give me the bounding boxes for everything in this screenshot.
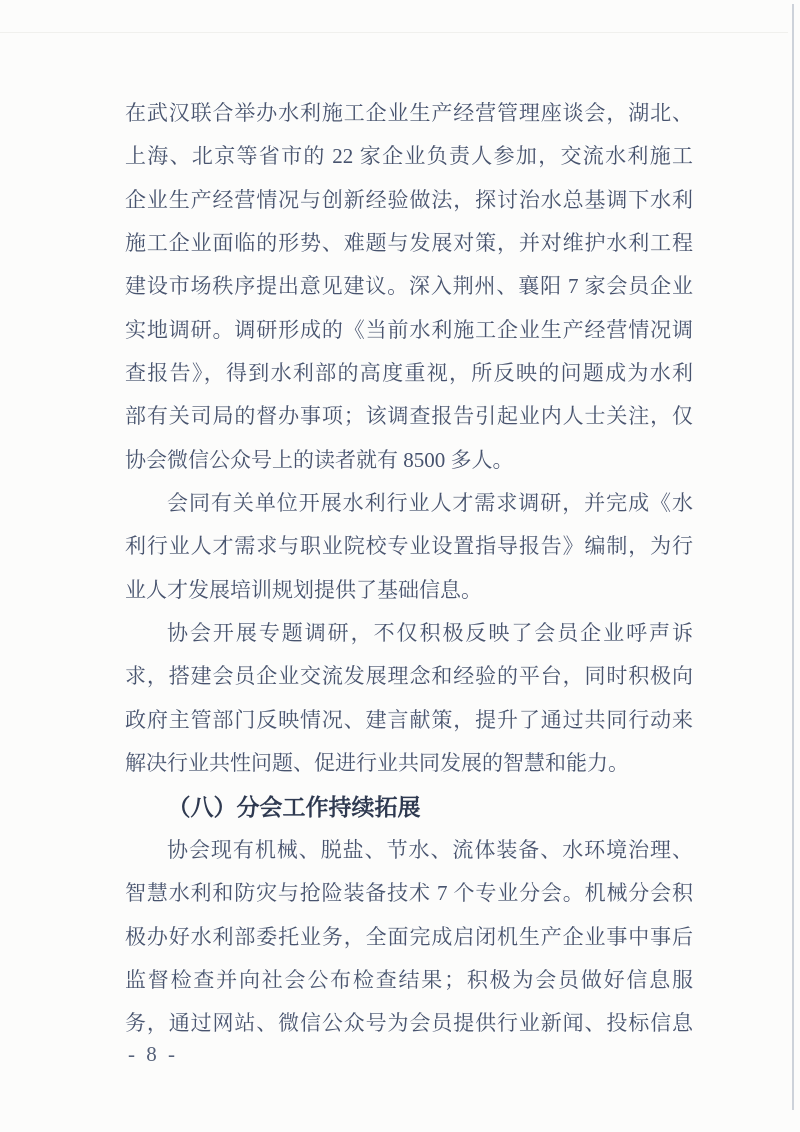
page-number: - 8 - (128, 1042, 178, 1067)
body-line: 利行业人才需求与职业院校专业设置指导报告》编制，为行 (125, 525, 693, 568)
body-line: 在武汉联合举办水利施工企业生产经营管理座谈会，湖北、 (125, 92, 693, 135)
body-line: 协会开展专题调研，不仅积极反映了会员企业呼声诉 (125, 612, 693, 655)
body-line: 会同有关单位开展水利行业人才需求调研，并完成《水 (125, 482, 693, 525)
body-line: 极办好水利部委托业务，全面完成启闭机生产企业事中事后 (125, 916, 693, 959)
scanned-document-page: 在武汉联合举办水利施工企业生产经营管理座谈会，湖北、 上海、北京等省市的 22 … (0, 0, 800, 1132)
body-line: 协会微信公众号上的读者就有 8500 多人。 (125, 439, 693, 482)
body-line: 查报告》，得到水利部的高度重视，所反映的问题成为水利 (125, 352, 693, 395)
document-body: 在武汉联合举办水利施工企业生产经营管理座谈会，湖北、 上海、北京等省市的 22 … (125, 92, 693, 1046)
scan-page-edge (792, 4, 794, 1110)
body-line: 业人才发展培训规划提供了基础信息。 (125, 569, 693, 612)
body-line: 监督检查并向社会公布检查结果；积极为会员做好信息服 (125, 959, 693, 1002)
body-line: 部有关司局的督办事项；该调查报告引起业内人士关注，仅 (125, 395, 693, 438)
body-line: 企业生产经营情况与创新经验做法，探讨治水总基调下水利 (125, 179, 693, 222)
body-line: 实地调研。调研形成的《当前水利施工企业生产经营情况调 (125, 309, 693, 352)
body-line: 智慧水利和防灾与抢险装备技术 7 个专业分会。机械分会积 (125, 872, 693, 915)
body-line: 建设市场秩序提出意见建议。深入荆州、襄阳 7 家会员企业 (125, 265, 693, 308)
body-line: 务，通过网站、微信公众号为会员提供行业新闻、投标信息 (125, 1002, 693, 1045)
body-line: 上海、北京等省市的 22 家企业负责人参加，交流水利施工 (125, 135, 693, 178)
body-line: 政府主管部门反映情况、建言献策，提升了通过共同行动来 (125, 699, 693, 742)
body-line: 求，搭建会员企业交流发展理念和经验的平台，同时积极向 (125, 655, 693, 698)
body-line: 协会现有机械、脱盐、节水、流体装备、水环境治理、 (125, 829, 693, 872)
body-line: 施工企业面临的形势、难题与发展对策，并对维护水利工程 (125, 222, 693, 265)
scan-artifact-line (0, 32, 788, 33)
body-line: 解决行业共性问题、促进行业共同发展的智慧和能力。 (125, 742, 693, 785)
section-heading: （八）分会工作持续拓展 (125, 786, 693, 829)
